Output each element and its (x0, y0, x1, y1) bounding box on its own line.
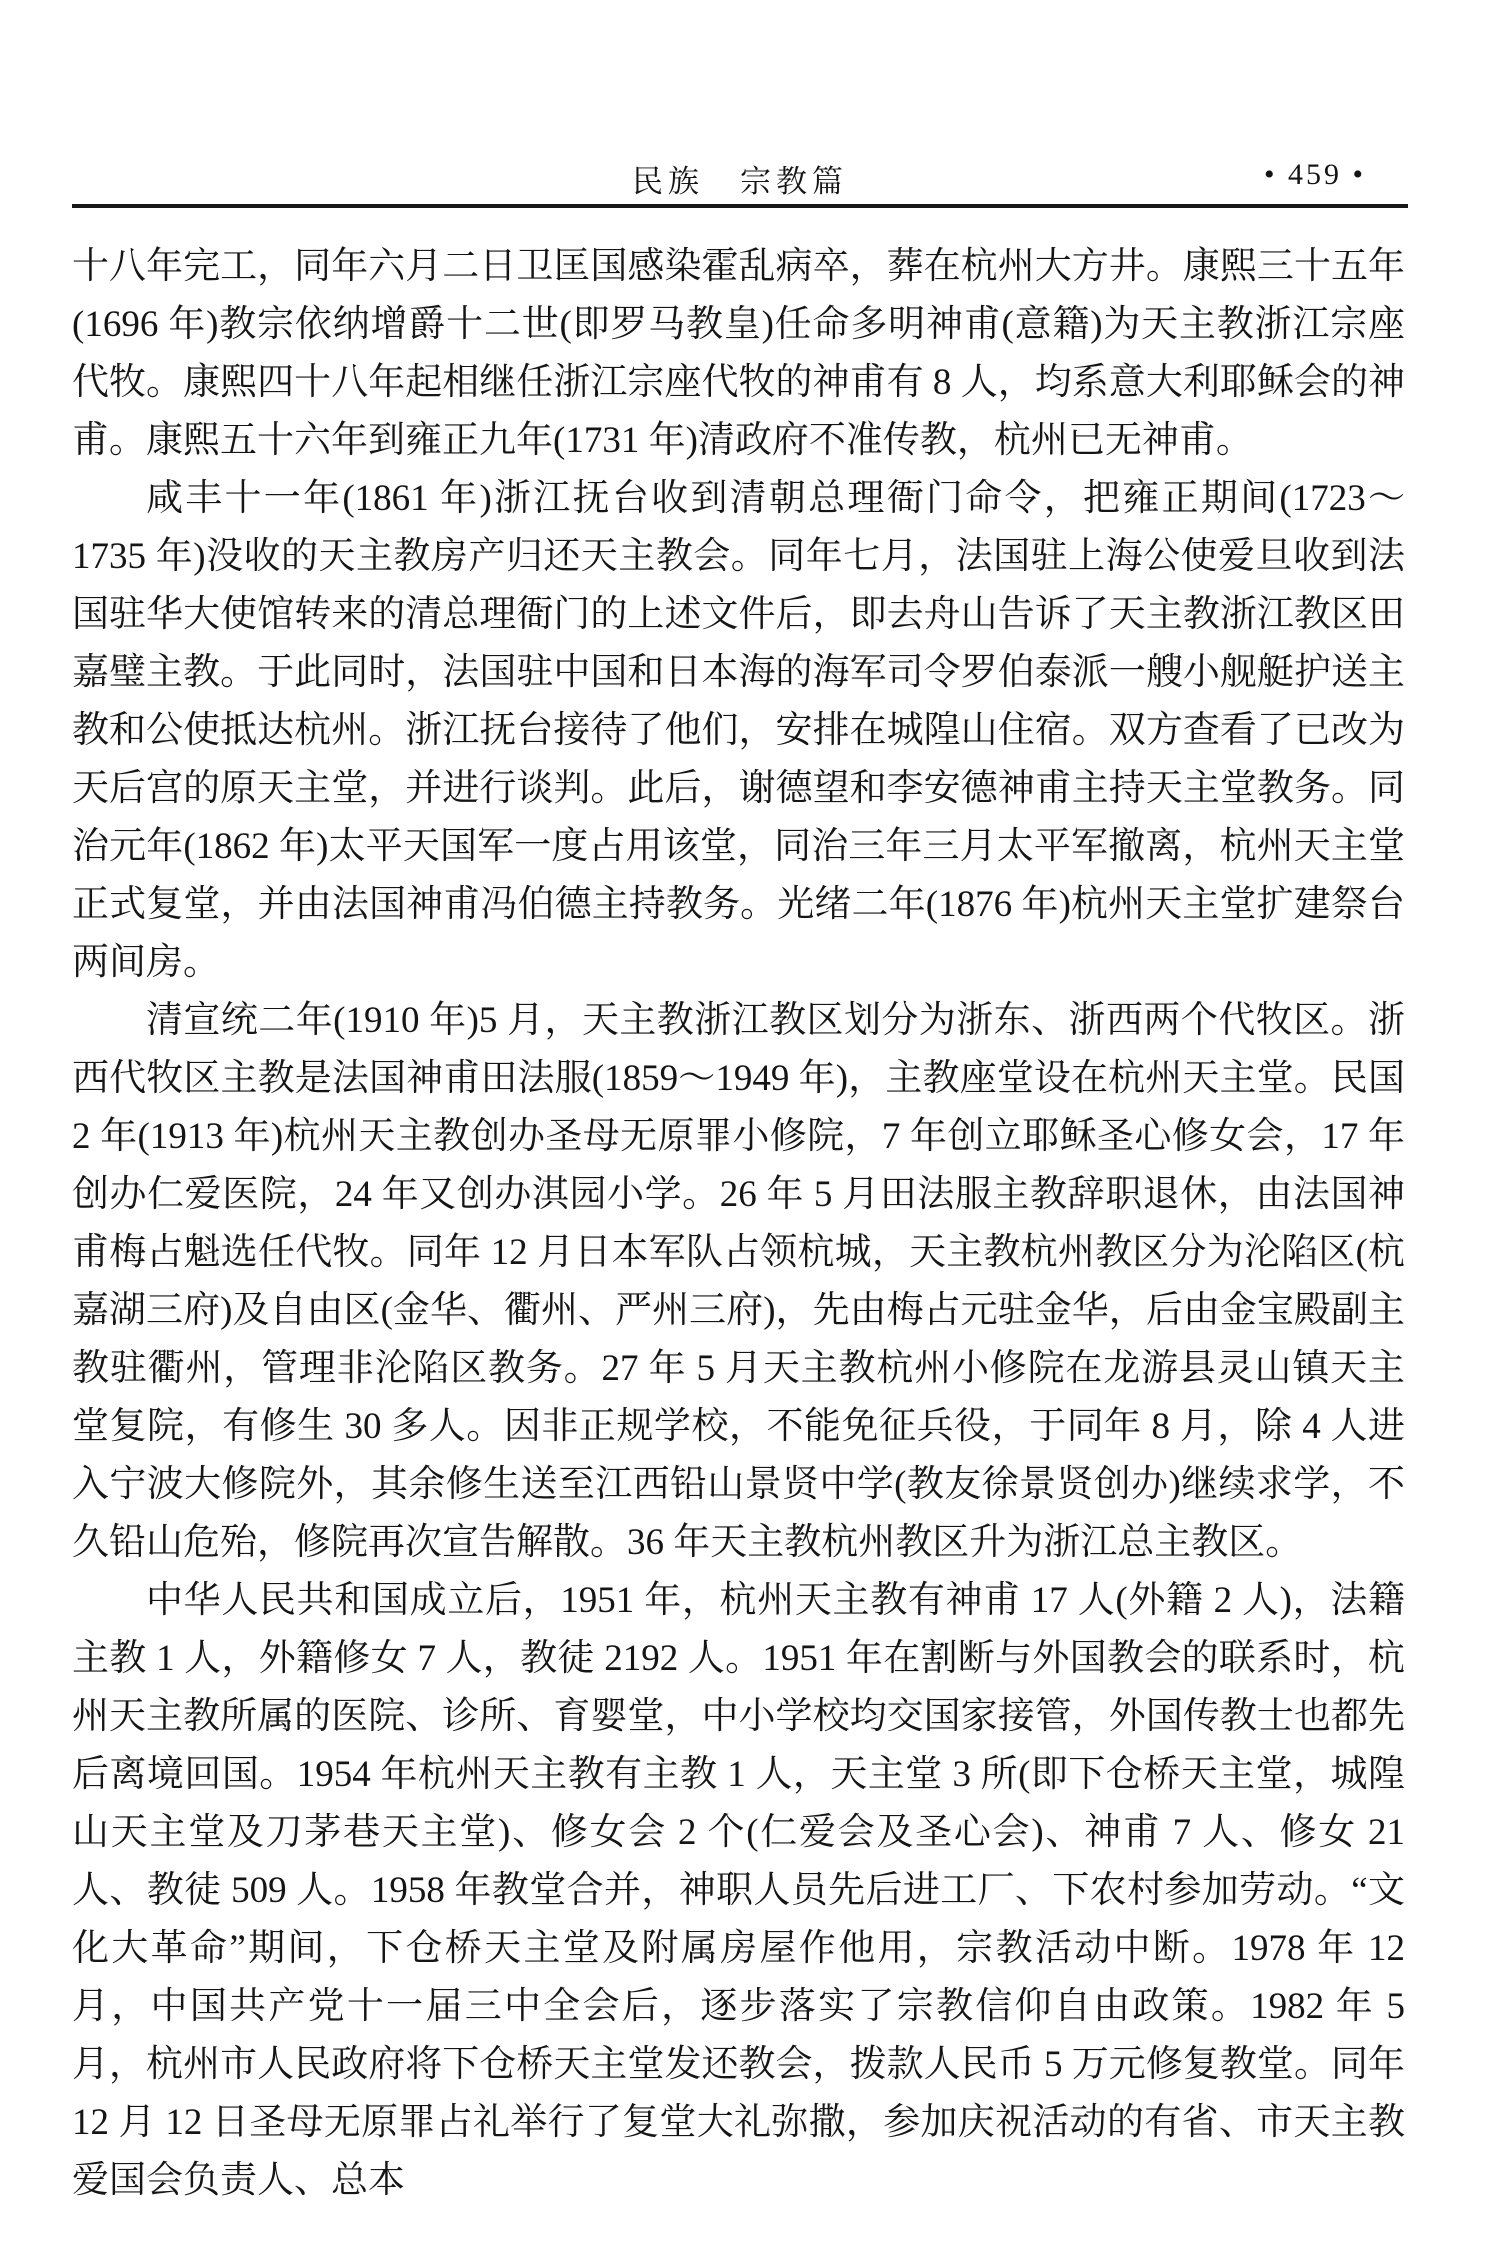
page-body: 十八年完工，同年六月二日卫匡国感染霍乱病卒，葬在杭州大方井。康熙三十五年(169… (72, 238, 1405, 2210)
page-number: • 459 • (1264, 158, 1366, 192)
paragraph: 十八年完工，同年六月二日卫匡国感染霍乱病卒，葬在杭州大方井。康熙三十五年(169… (72, 238, 1405, 470)
header-rule (72, 204, 1408, 208)
section-title: 民族 宗教篇 (632, 156, 848, 201)
book-page: 民族 宗教篇 • 459 • 十八年完工，同年六月二日卫匡国感染霍乱病卒，葬在杭… (0, 0, 1500, 2248)
paragraph: 咸丰十一年(1861 年)浙江抚台收到清朝总理衙门命令，把雍正期间(1723～1… (72, 470, 1405, 992)
paragraph: 中华人民共和国成立后，1951 年，杭州天主教有神甫 17 人(外籍 2 人)，… (72, 1572, 1405, 2210)
paragraph: 清宣统二年(1910 年)5 月，天主教浙江教区划分为浙东、浙西两个代牧区。浙西… (72, 992, 1405, 1572)
page-header: 民族 宗教篇 • 459 • (72, 156, 1408, 196)
